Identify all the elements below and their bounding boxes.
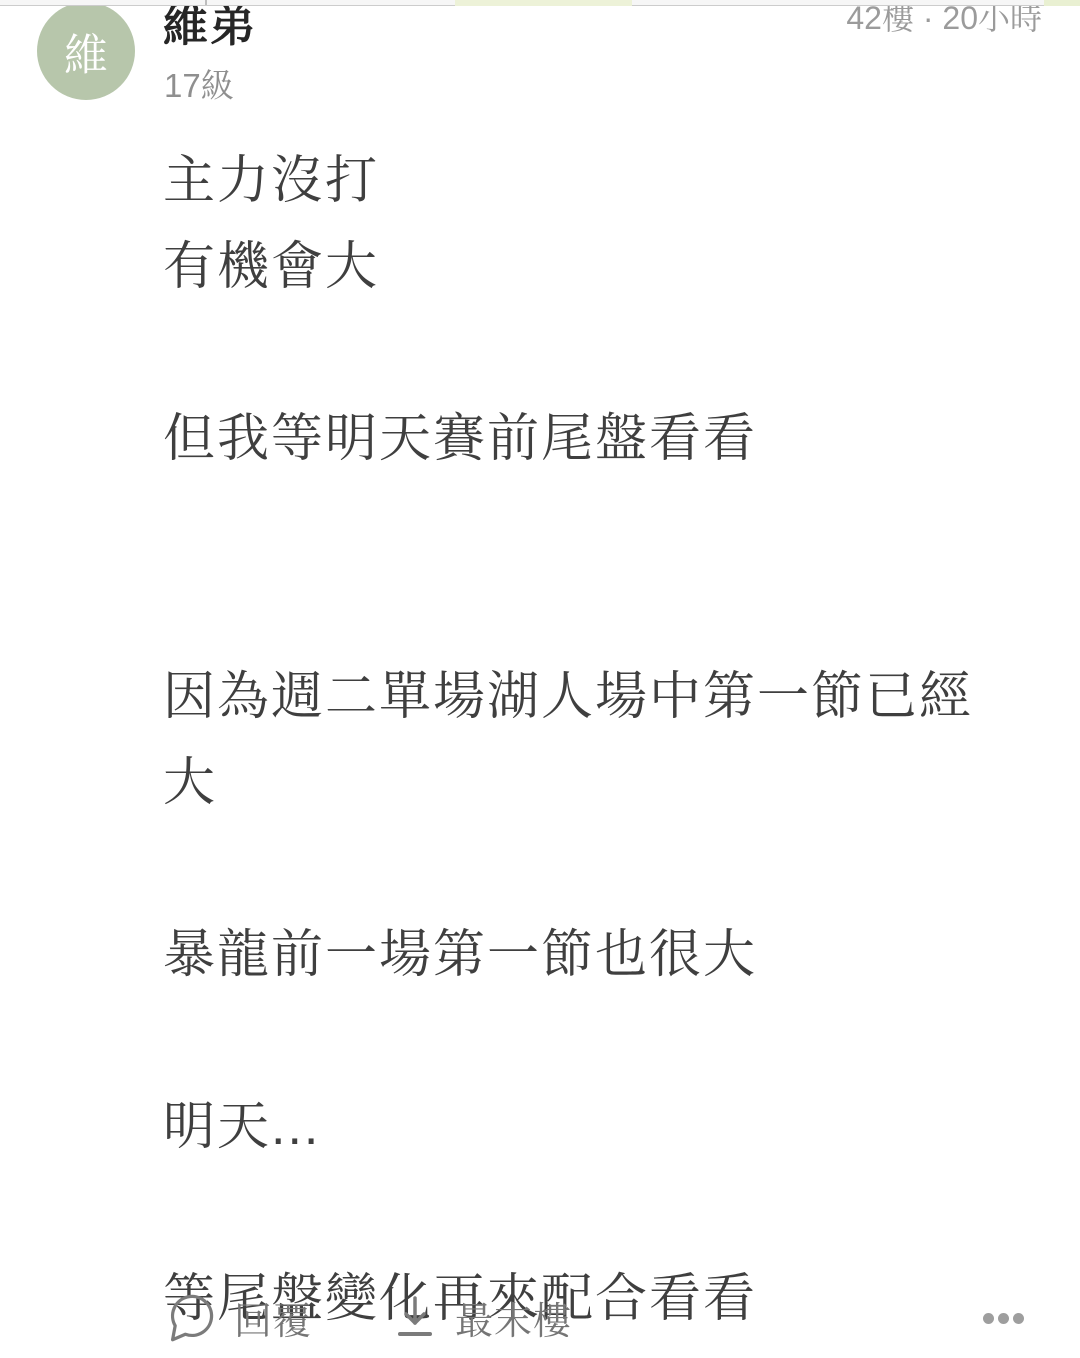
more-options-button[interactable] <box>983 1313 1024 1324</box>
post-content: 主力沒打 有機會大 但我等明天賽前尾盤看看 因為週二單場湖人場中第一節已經大 暴… <box>163 138 1013 1342</box>
reply-button[interactable]: 回覆 <box>165 1289 312 1345</box>
user-level: 17級 <box>164 66 234 106</box>
avatar[interactable]: 維 <box>37 2 135 100</box>
top-strip-highlight-left <box>455 0 632 6</box>
last-floor-label: 最末樓 <box>455 1290 572 1345</box>
download-to-bottom-icon <box>391 1291 439 1343</box>
reply-bubble-icon <box>165 1291 217 1343</box>
top-strip-highlight-right <box>1044 0 1080 6</box>
last-floor-button[interactable]: 最末樓 <box>391 1289 572 1345</box>
post-card: 維 維弟 17級 42樓 · 20小時 主力沒打 有機會大 但我等明天賽前尾盤看… <box>0 0 1080 1358</box>
more-dots-icon <box>998 1313 1009 1324</box>
more-dots-icon <box>983 1313 994 1324</box>
username[interactable]: 維弟 <box>163 0 257 54</box>
more-dots-icon <box>1013 1313 1024 1324</box>
reply-label: 回覆 <box>234 1290 312 1345</box>
avatar-initial: 維 <box>64 19 108 83</box>
top-strip-divider <box>205 0 207 5</box>
top-strip <box>0 0 1080 6</box>
